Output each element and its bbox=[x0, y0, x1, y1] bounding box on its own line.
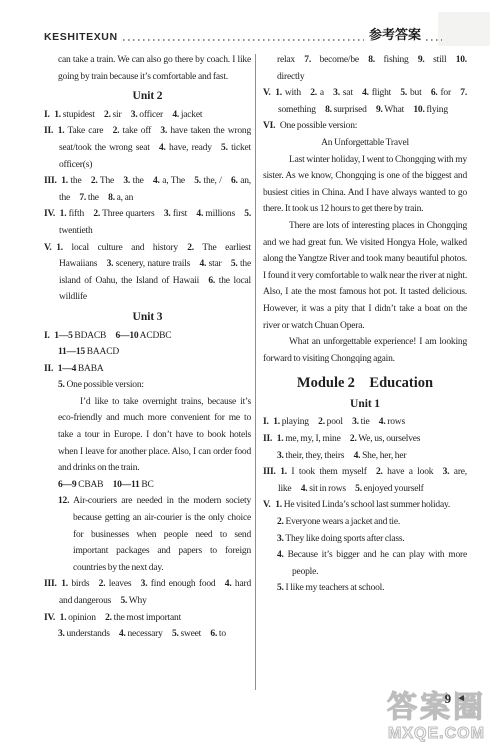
answer-block: V. 1. with 2. a 3. sat 4. flight 5. but … bbox=[263, 85, 467, 118]
unit-heading: Unit 1 bbox=[263, 396, 467, 413]
answer-block: VI. One possible version: bbox=[263, 118, 467, 135]
answer-block: 5. One possible version: bbox=[58, 377, 251, 394]
right-column: relax 7. become/be 8. fishing 9. still 1… bbox=[263, 52, 467, 597]
answer-block: 12. Air-couriers are needed in the moder… bbox=[58, 493, 251, 576]
answer-block: 3. their, they, theirs 4. She, her, her bbox=[277, 448, 467, 465]
answer-block: 4. Because it’s bigger and he can play w… bbox=[277, 547, 467, 580]
watermark-text: 答案圈 bbox=[387, 692, 486, 724]
watermark: 答案圈 MXQE.COM bbox=[387, 692, 486, 743]
dotted-leader bbox=[123, 39, 364, 41]
column-divider bbox=[255, 54, 256, 690]
brand-logo-text: KESHITEXUN bbox=[44, 32, 118, 43]
unit-heading: Unit 3 bbox=[44, 309, 251, 326]
answer-block: 3. understands 4. necessary 5. sweet 6. … bbox=[58, 626, 251, 643]
dotted-leader-tail bbox=[426, 39, 442, 41]
page-header: KESHITEXUN 参考答案 bbox=[44, 25, 442, 42]
answer-block: V. 1. He visited Linda’s school last sum… bbox=[263, 497, 467, 514]
answer-block: Last winter holiday, I went to Chongqing… bbox=[263, 152, 467, 218]
answer-block: II. 1—4 BABA bbox=[44, 361, 251, 378]
answer-block: II. 1. me, my, I, mine 2. We, us, oursel… bbox=[263, 431, 467, 448]
answer-block: 5. I like my teachers at school. bbox=[277, 580, 467, 597]
page-corner-arrow-icon: ◄ bbox=[456, 694, 466, 704]
answer-block: IV. 1. fifth 2. Three quarters 3. first … bbox=[44, 206, 251, 239]
answer-block: I. 1. playing 2. pool 3. tie 4. rows bbox=[263, 414, 467, 431]
answer-block: I. 1—5 BDACB 6—10 ACDBC bbox=[44, 328, 251, 345]
module-heading: Module 2 Education bbox=[263, 375, 467, 392]
page-title: 参考答案 bbox=[369, 28, 421, 42]
page-number-group: 9 ◄ bbox=[445, 691, 466, 707]
page-number: 9 bbox=[445, 691, 452, 707]
essay-title: An Unforgettable Travel bbox=[263, 135, 467, 152]
left-column: can take a train. We can also go there b… bbox=[44, 52, 251, 643]
answer-block: 11—15 BAACD bbox=[58, 344, 251, 361]
answer-block: III. 1. birds 2. leaves 3. find enough f… bbox=[44, 576, 251, 609]
answer-block: relax 7. become/be 8. fishing 9. still 1… bbox=[277, 52, 467, 85]
answer-block: III. 1. I took them myself 2. have a loo… bbox=[263, 464, 467, 497]
answer-block: 2. Everyone wears a jacket and tie. bbox=[277, 514, 467, 531]
answer-block: There are lots of interesting places in … bbox=[263, 218, 467, 334]
answer-block: 6—9 CBAB 10—11 BC bbox=[58, 477, 251, 494]
unit-heading: Unit 2 bbox=[44, 88, 251, 105]
answer-block: V. 1. local culture and history 2. The e… bbox=[44, 240, 251, 306]
answer-block: IV. 1. opinion 2. the most important bbox=[44, 610, 251, 627]
answer-block: I. 1. stupidest 2. sir 3. officer 4. jac… bbox=[44, 107, 251, 124]
answer-block: I’d like to take overnight trains, becau… bbox=[58, 394, 251, 477]
answer-block: What an unforgettable experience! I am l… bbox=[263, 334, 467, 367]
answer-block: 3. They like doing sports after class. bbox=[277, 531, 467, 548]
answer-block: II. 1. Take care 2. take off 3. have tak… bbox=[44, 123, 251, 173]
answer-block: can take a train. We can also go there b… bbox=[58, 52, 251, 85]
watermark-url: MXQE.COM bbox=[387, 724, 486, 743]
answer-block: III. 1. the 2. The 3. the 4. a, The 5. t… bbox=[44, 173, 251, 206]
scan-artifact bbox=[438, 12, 490, 46]
